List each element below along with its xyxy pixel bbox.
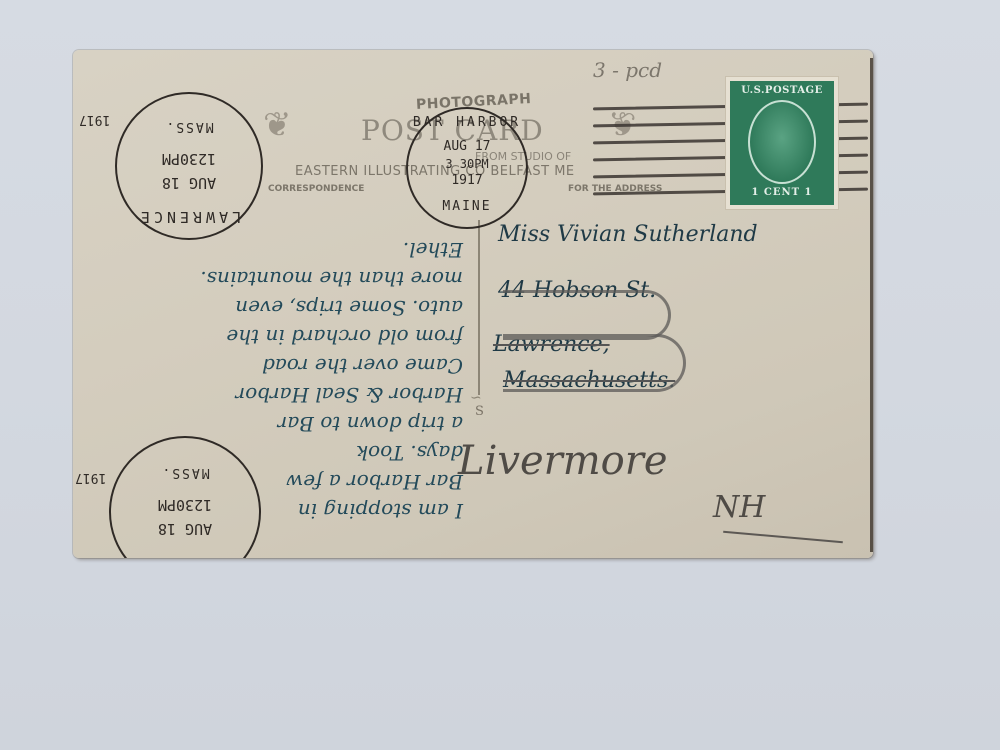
stamp-denomination: 1 CENT 1 [730,187,834,198]
message-line: auto. Some trips, even [83,293,463,322]
forwarding-underline [723,531,843,543]
recipient-name: Miss Vivian Sutherland [498,222,758,247]
message-line: more than the mountains. [83,264,463,293]
message-line: Came over the road [83,351,463,380]
message-line: I am stopping in [83,496,463,525]
message-line: days. Took [83,438,463,467]
washington-portrait-icon [748,100,816,184]
pencil-scribble [503,334,686,392]
message-line: a trip down to Bar [83,409,463,438]
handwritten-message: I am stopping in Bar Harbor a few days. … [83,225,463,525]
postmark-lawrence-top: LAWRENCE AUG 18 1230PM MASS. [115,92,263,240]
forwarding-city: Livermore [458,438,668,484]
forwarding-state: NH [713,490,765,525]
year-stamp-top: 1917 [79,112,110,127]
center-divider [478,220,480,395]
postage-stamp: U.S.POSTAGE 1 CENT 1 [726,77,838,209]
pencil-scribble [503,290,671,340]
postcard: 3 - pcd ❦ ❦ PHOTOGRAPH POST CARD FROM ST… [73,50,873,558]
left-flourish-icon: ❦ [263,105,292,145]
pencil-note: 3 - pcd [593,58,662,82]
message-line: Bar Harbor a few [83,467,463,496]
correspondence-label: CORRESPONDENCE [268,184,364,194]
message-line: from old orchard in the [83,322,463,351]
card-edge-shadow [870,58,873,552]
stamp-top-text: U.S.POSTAGE [730,85,834,96]
message-line: Harbor & Seal Harbor [83,380,463,409]
message-line: Ethel. [83,235,463,264]
postmark-bar-harbor: BAR HARBOR AUG 17 3 30PM 1917 MAINE [406,107,528,229]
divider-mark: S [475,404,484,419]
